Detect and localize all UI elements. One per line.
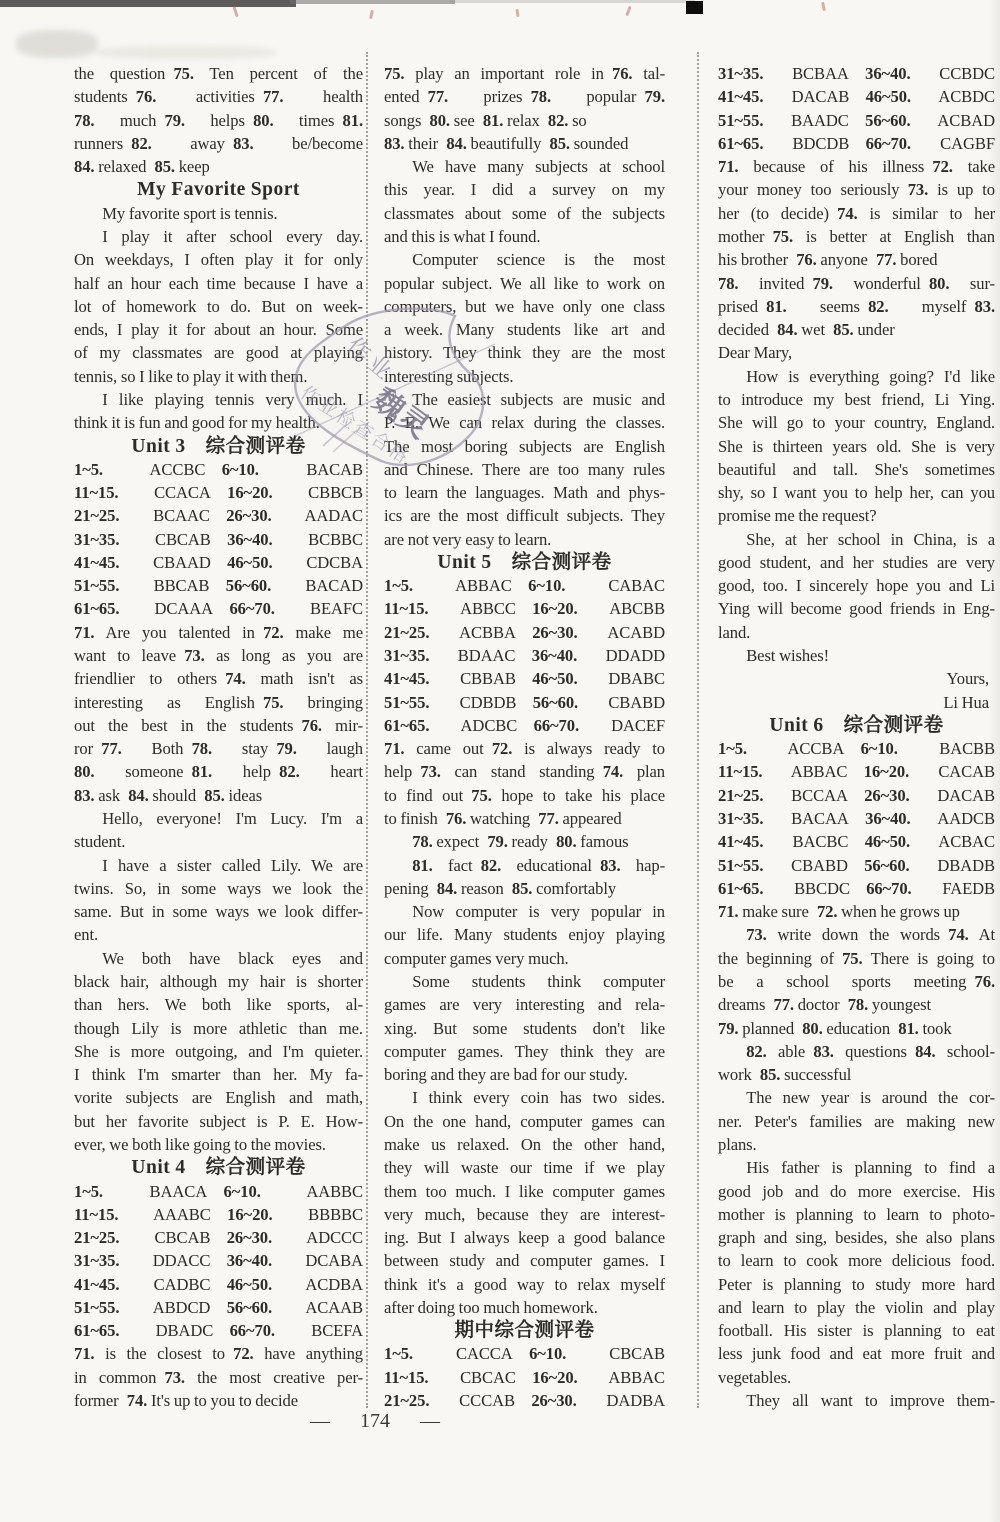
text-line: a week. Many students like art and bbox=[384, 318, 665, 341]
text-line: half an hour each time because I have a bbox=[74, 272, 363, 295]
answer-key-line: 61~65. ADCBC 66~70. DACEF bbox=[384, 714, 665, 737]
text-line: work 85. successful bbox=[718, 1063, 995, 1086]
text-line: are not very easy to learn. bbox=[384, 528, 665, 551]
text-line: popular subject. We all like to work on bbox=[384, 272, 665, 295]
text-line: Ying will become good friends in Eng- bbox=[718, 597, 995, 620]
section-heading: Unit 4 综合测评卷 bbox=[74, 1156, 363, 1179]
section-heading: Unit 5 综合测评卷 bbox=[384, 551, 665, 574]
text-line: to finish 76. watching 77. appeared bbox=[384, 807, 665, 830]
text-line: On weekdays, I often play it for only bbox=[74, 248, 363, 271]
text-line: mother is planning to learn to photo- bbox=[718, 1203, 995, 1226]
text-line: vorite subjects are English and math, bbox=[74, 1086, 363, 1109]
text-line: less junk food and eat more fruit and bbox=[718, 1342, 995, 1365]
text-line: computer games. They think they are bbox=[384, 1040, 665, 1063]
text-line: Peter is planning to study more hard bbox=[718, 1273, 995, 1296]
text-line: make us relaxed. On the other hand, bbox=[384, 1133, 665, 1156]
answer-key-line: 21~25. BCCAA 26~30. DACAB bbox=[718, 784, 995, 807]
text-line: good student, and her studies are very bbox=[718, 551, 995, 574]
text-line: ner. Peter's families are making new bbox=[718, 1110, 995, 1133]
text-line: 81. fact 82. educational 83. hap- bbox=[384, 854, 665, 877]
text-line: computer games very much. bbox=[384, 947, 665, 970]
text-line: between study and computer games. I bbox=[384, 1249, 665, 1272]
text-line: same. But in some ways we look differ- bbox=[74, 900, 363, 923]
text-line: ever, we both like going to the movies. bbox=[74, 1133, 363, 1156]
text-line: 79. planned 80. education 81. took bbox=[718, 1017, 995, 1040]
text-line: think it's a good way to relax myself bbox=[384, 1273, 665, 1296]
text-line: xing. But some students don't like bbox=[384, 1017, 665, 1040]
text-line: them too much. I like computer games bbox=[384, 1180, 665, 1203]
column-divider bbox=[697, 52, 699, 1408]
scan-edge-artifact bbox=[0, 0, 296, 7]
answer-key-line: 51~55. BBCAB 56~60. BACAD bbox=[74, 574, 363, 597]
text-line: to learn to cook more delicious food. bbox=[718, 1249, 995, 1272]
section-heading: Unit 6 综合测评卷 bbox=[718, 714, 995, 737]
text-line: Li Hua bbox=[718, 691, 995, 714]
text-line: decided 84. wet 85. under bbox=[718, 318, 995, 341]
text-line: than hers. We both like sports, al- bbox=[74, 993, 363, 1016]
answer-key-line: 1~5. ABBAC 6~10. CABAC bbox=[384, 574, 665, 597]
text-line: students 76. activities 77. health bbox=[74, 85, 363, 108]
text-line: 84. relaxed 85. keep bbox=[74, 155, 363, 178]
text-line: be a school sports meeting 76. bbox=[718, 970, 995, 993]
text-line: We have many subjects at school bbox=[384, 155, 665, 178]
text-line: interesting as English 75. bringing bbox=[74, 691, 363, 714]
text-line: plans. bbox=[718, 1133, 995, 1156]
text-line: ing. But I always keep a good balance bbox=[384, 1226, 665, 1249]
answer-key-line: 31~35. BACAA 36~40. AADCB bbox=[718, 807, 995, 830]
text-line: songs 80. see 81. relax 82. so bbox=[384, 109, 665, 132]
answer-key-line: 61~65. DBADC 66~70. BCEFA bbox=[74, 1319, 363, 1342]
text-line: 82. able 83. questions 84. school- bbox=[718, 1040, 995, 1063]
text-line: and this is what I found. bbox=[384, 225, 665, 248]
text-line: history. They think they are the most bbox=[384, 341, 665, 364]
answer-key-line: 1~5. ACCBA 6~10. BACBB bbox=[718, 737, 995, 760]
text-line: ent. bbox=[74, 923, 363, 946]
text-line: 83. ask 84. should 85. ideas bbox=[74, 784, 363, 807]
text-line: help 73. can stand standing 74. plan bbox=[384, 760, 665, 783]
text-line: 73. write down the words 74. At bbox=[718, 923, 995, 946]
text-line: 71. is the closest to 72. have anything bbox=[74, 1342, 363, 1365]
text-line: 71. make sure 72. when he grows up bbox=[718, 900, 995, 923]
answer-key-line: 21~25. CBCAB 26~30. ADCCC bbox=[74, 1226, 363, 1249]
text-line: your money too seriously 73. is up to bbox=[718, 178, 995, 201]
scan-black-square-artifact bbox=[686, 1, 703, 14]
text-line: our life. Many students enjoy playing bbox=[384, 923, 665, 946]
text-line: 78. expect 79. ready 80. famous bbox=[384, 830, 665, 853]
text-line: the beginning of 75. There is going to bbox=[718, 947, 995, 970]
text-line: black hair, although my hair is shorter bbox=[74, 970, 363, 993]
text-line: mother 75. is better at English than bbox=[718, 225, 995, 248]
text-line: They all want to improve them- bbox=[718, 1389, 995, 1412]
text-line: I think I'm smarter than her. My fa- bbox=[74, 1063, 363, 1086]
text-line: On the one hand, computer games can bbox=[384, 1110, 665, 1133]
text-line: good, too. I sincerely hope you and Li bbox=[718, 574, 995, 597]
answer-key-line: 31~35. BCBAA 36~40. CCBDC bbox=[718, 62, 995, 85]
text-column-middle: 75. play an important role in 76. tal-en… bbox=[384, 62, 665, 1412]
text-line: in common 73. the most creative per- bbox=[74, 1366, 363, 1389]
text-column-right: 31~35. BCBAA 36~40. CCBDC41~45. DACAB 46… bbox=[718, 62, 995, 1412]
text-line: boring and they are bad for our study. bbox=[384, 1063, 665, 1086]
text-line: land. bbox=[718, 621, 995, 644]
text-line: She is thirteen years old. She is very bbox=[718, 435, 995, 458]
text-line: Computer science is the most bbox=[384, 248, 665, 271]
text-line: The new year is around the cor- bbox=[718, 1086, 995, 1109]
section-heading: My Favorite Sport bbox=[74, 178, 363, 201]
text-line: of my classmates are good at playing bbox=[74, 341, 363, 364]
text-line: She will go to your country, England. bbox=[718, 411, 995, 434]
section-heading: 期中综合测评卷 bbox=[384, 1319, 665, 1342]
text-line: P. E. We can relax during the classes. bbox=[384, 411, 665, 434]
text-line: 71. because of his illness 72. take bbox=[718, 155, 995, 178]
scan-edge-artifact bbox=[450, 0, 695, 3]
text-line: Now computer is very popular in bbox=[384, 900, 665, 923]
text-line: Some students think computer bbox=[384, 970, 665, 993]
scan-smudge bbox=[96, 46, 276, 59]
answer-key-line: 1~5. BAACA 6~10. AABBC bbox=[74, 1180, 363, 1203]
text-line: twins. So, in some ways we look the bbox=[74, 877, 363, 900]
text-line: I think every coin has two sides. bbox=[384, 1086, 665, 1109]
text-line: games are very interesting and rela- bbox=[384, 993, 665, 1016]
answer-key-line: 1~5. ACCBC 6~10. BACAB bbox=[74, 458, 363, 481]
text-line: computers, but we have only one class bbox=[384, 295, 665, 318]
text-line: lot of homework to do. But on week- bbox=[74, 295, 363, 318]
text-line: and Chinese. There are too many rules bbox=[384, 458, 665, 481]
text-line: Hello, everyone! I'm Lucy. I'm a bbox=[74, 807, 363, 830]
answer-key-line: 41~45. CBAAD 46~50. CDCBA bbox=[74, 551, 363, 574]
text-line: Dear Mary, bbox=[718, 341, 995, 364]
answer-key-line: 61~65. DCAAA 66~70. BEAFC bbox=[74, 597, 363, 620]
text-line: but her favorite subject is P. E. How- bbox=[74, 1110, 363, 1133]
section-heading: Unit 3 综合测评卷 bbox=[74, 435, 363, 458]
text-line: The easiest subjects are music and bbox=[384, 388, 665, 411]
text-line: We both have black eyes and bbox=[74, 947, 363, 970]
text-line: out the best in the students 76. mir- bbox=[74, 714, 363, 737]
text-line: 71. Are you talented in 72. make me bbox=[74, 621, 363, 644]
text-line: tennis, so I like to play it with them. bbox=[74, 365, 363, 388]
answer-key-line: 51~55. BAADC 56~60. ACBAD bbox=[718, 109, 995, 132]
answer-key-line: 61~65. BBCDC 66~70. FAEDB bbox=[718, 877, 995, 900]
text-line: his brother 76. anyone 77. bored bbox=[718, 248, 995, 271]
answer-key-line: 41~45. CADBC 46~50. ACDBA bbox=[74, 1273, 363, 1296]
text-line: after doing too much homework. bbox=[384, 1296, 665, 1319]
text-line: dreams 77. doctor 78. youngest bbox=[718, 993, 995, 1016]
answer-key-line: 11~15. CCACA 16~20. CBBCB bbox=[74, 481, 363, 504]
text-line: ics are the most difficult subjects. The… bbox=[384, 504, 665, 527]
text-line: beautiful and tall. She's sometimes bbox=[718, 458, 995, 481]
pen-mark bbox=[625, 6, 631, 16]
pen-mark bbox=[369, 10, 374, 19]
text-line: pening 84. reason 85. comfortably bbox=[384, 877, 665, 900]
text-line: good job and do more exercise. His bbox=[718, 1180, 995, 1203]
text-line: very much, because they are interest- bbox=[384, 1203, 665, 1226]
text-line: student. bbox=[74, 830, 363, 853]
text-line: graph and sing, besides, she also plans bbox=[718, 1226, 995, 1249]
text-line: 75. play an important role in 76. tal- bbox=[384, 62, 665, 85]
text-line: and learn to play the violin and play bbox=[718, 1296, 995, 1319]
text-line: classmates about some of the subjects bbox=[384, 202, 665, 225]
text-line: ented 77. prizes 78. popular 79. bbox=[384, 85, 665, 108]
text-line: ror 77. Both 78. stay 79. laugh bbox=[74, 737, 363, 760]
text-line: She is more outgoing, and I'm quieter. bbox=[74, 1040, 363, 1063]
text-line: The most boring subjects are English bbox=[384, 435, 665, 458]
text-line: to introduce my best friend, Li Ying. bbox=[718, 388, 995, 411]
text-line: 78. much 79. helps 80. times 81. bbox=[74, 109, 363, 132]
text-line: She, at her school in China, is a bbox=[718, 528, 995, 551]
answer-key-line: 11~15. AAABC 16~20. BBBBC bbox=[74, 1203, 363, 1226]
text-line: vegetables. bbox=[718, 1366, 995, 1389]
text-line: this year. I did a survey on my bbox=[384, 178, 665, 201]
answer-key-line: 61~65. BDCDB 66~70. CAGBF bbox=[718, 132, 995, 155]
answer-key-line: 41~45. CBBAB 46~50. DBABC bbox=[384, 667, 665, 690]
text-line: How is everything going? I'd like bbox=[718, 365, 995, 388]
text-column-left: the question 75. Ten percent of thestude… bbox=[74, 62, 363, 1412]
text-line: shy, so I want you to help her, can you bbox=[718, 481, 995, 504]
answer-key-line: 11~15. CBCAC 16~20. ABBAC bbox=[384, 1366, 665, 1389]
text-line: to find out 75. hope to take his place bbox=[384, 784, 665, 807]
text-line: ends, I play it for about an hour. Some bbox=[74, 318, 363, 341]
answer-key-line: 41~45. DACAB 46~50. ACBDC bbox=[718, 85, 995, 108]
page-number-row: — 174 — bbox=[310, 1408, 440, 1434]
text-line: her (to decide) 74. is similar to her bbox=[718, 202, 995, 225]
scan-smudge bbox=[16, 30, 98, 58]
text-line: I like playing tennis very much. I bbox=[74, 388, 363, 411]
column-divider bbox=[366, 52, 368, 1408]
answer-key-line: 21~25. ACBBA 26~30. ACABD bbox=[384, 621, 665, 644]
text-line: runners 82. away 83. be/become bbox=[74, 132, 363, 155]
text-line: football. His sister is planning to eat bbox=[718, 1319, 995, 1342]
text-line: 80. someone 81. help 82. heart bbox=[74, 760, 363, 783]
text-line: promise me the request? bbox=[718, 504, 995, 527]
text-line: 78. invited 79. wonderful 80. sur- bbox=[718, 272, 995, 295]
pen-mark bbox=[515, 9, 519, 17]
answer-key-line: 11~15. ABBAC 16~20. CACAB bbox=[718, 760, 995, 783]
scan-edge-artifact bbox=[290, 0, 455, 4]
text-line: Best wishes! bbox=[718, 644, 995, 667]
text-line: though Lily is more athletic than me. bbox=[74, 1017, 363, 1040]
text-line: think it is fun and good for my health. bbox=[74, 411, 363, 434]
text-line: to learn the languages. Math and phys- bbox=[384, 481, 665, 504]
answer-key-line: 51~55. CBABD 56~60. DBADB bbox=[718, 854, 995, 877]
text-line: 71. came out 72. is always ready to bbox=[384, 737, 665, 760]
answer-key-line: 31~35. DDACC 36~40. DCABA bbox=[74, 1249, 363, 1272]
text-line: Yours, bbox=[718, 667, 995, 690]
text-line: 83. their 84. beautifully 85. sounded bbox=[384, 132, 665, 155]
text-line: prised 81. seems 82. myself 83. bbox=[718, 295, 995, 318]
pen-mark bbox=[821, 2, 826, 11]
text-line: interesting subjects. bbox=[384, 365, 665, 388]
text-line: friendlier to others 74. math isn't as bbox=[74, 667, 363, 690]
page-number-dash: — bbox=[310, 1410, 330, 1433]
answer-key-line: 21~25. BCAAC 26~30. AADAC bbox=[74, 504, 363, 527]
answer-key-line: 51~55. CDBDB 56~60. CBABD bbox=[384, 691, 665, 714]
answer-key-line: 1~5. CACCA 6~10. CBCAB bbox=[384, 1342, 665, 1365]
text-line: want to leave 73. as long as you are bbox=[74, 644, 363, 667]
text-line: the question 75. Ten percent of the bbox=[74, 62, 363, 85]
answer-key-line: 11~15. ABBCC 16~20. ABCBB bbox=[384, 597, 665, 620]
page-number-dash: — bbox=[420, 1410, 440, 1433]
text-line: His father is planning to find a bbox=[718, 1156, 995, 1179]
answer-key-line: 51~55. ABDCD 56~60. ACAAB bbox=[74, 1296, 363, 1319]
text-line: My favorite sport is tennis. bbox=[74, 202, 363, 225]
workbook-answer-page: the question 75. Ten percent of thestude… bbox=[0, 0, 1000, 1522]
text-line: I play it after school every day. bbox=[74, 225, 363, 248]
text-line: they will waste our time if we play bbox=[384, 1156, 665, 1179]
text-line: I have a sister called Lily. We are bbox=[74, 854, 363, 877]
answer-key-line: 31~35. BDAAC 36~40. DDADD bbox=[384, 644, 665, 667]
answer-key-line: 41~45. BACBC 46~50. ACBAC bbox=[718, 830, 995, 853]
page-number: 174 bbox=[360, 1410, 390, 1433]
answer-key-line: 31~35. CBCAB 36~40. BCBBC bbox=[74, 528, 363, 551]
pen-mark bbox=[232, 6, 238, 17]
